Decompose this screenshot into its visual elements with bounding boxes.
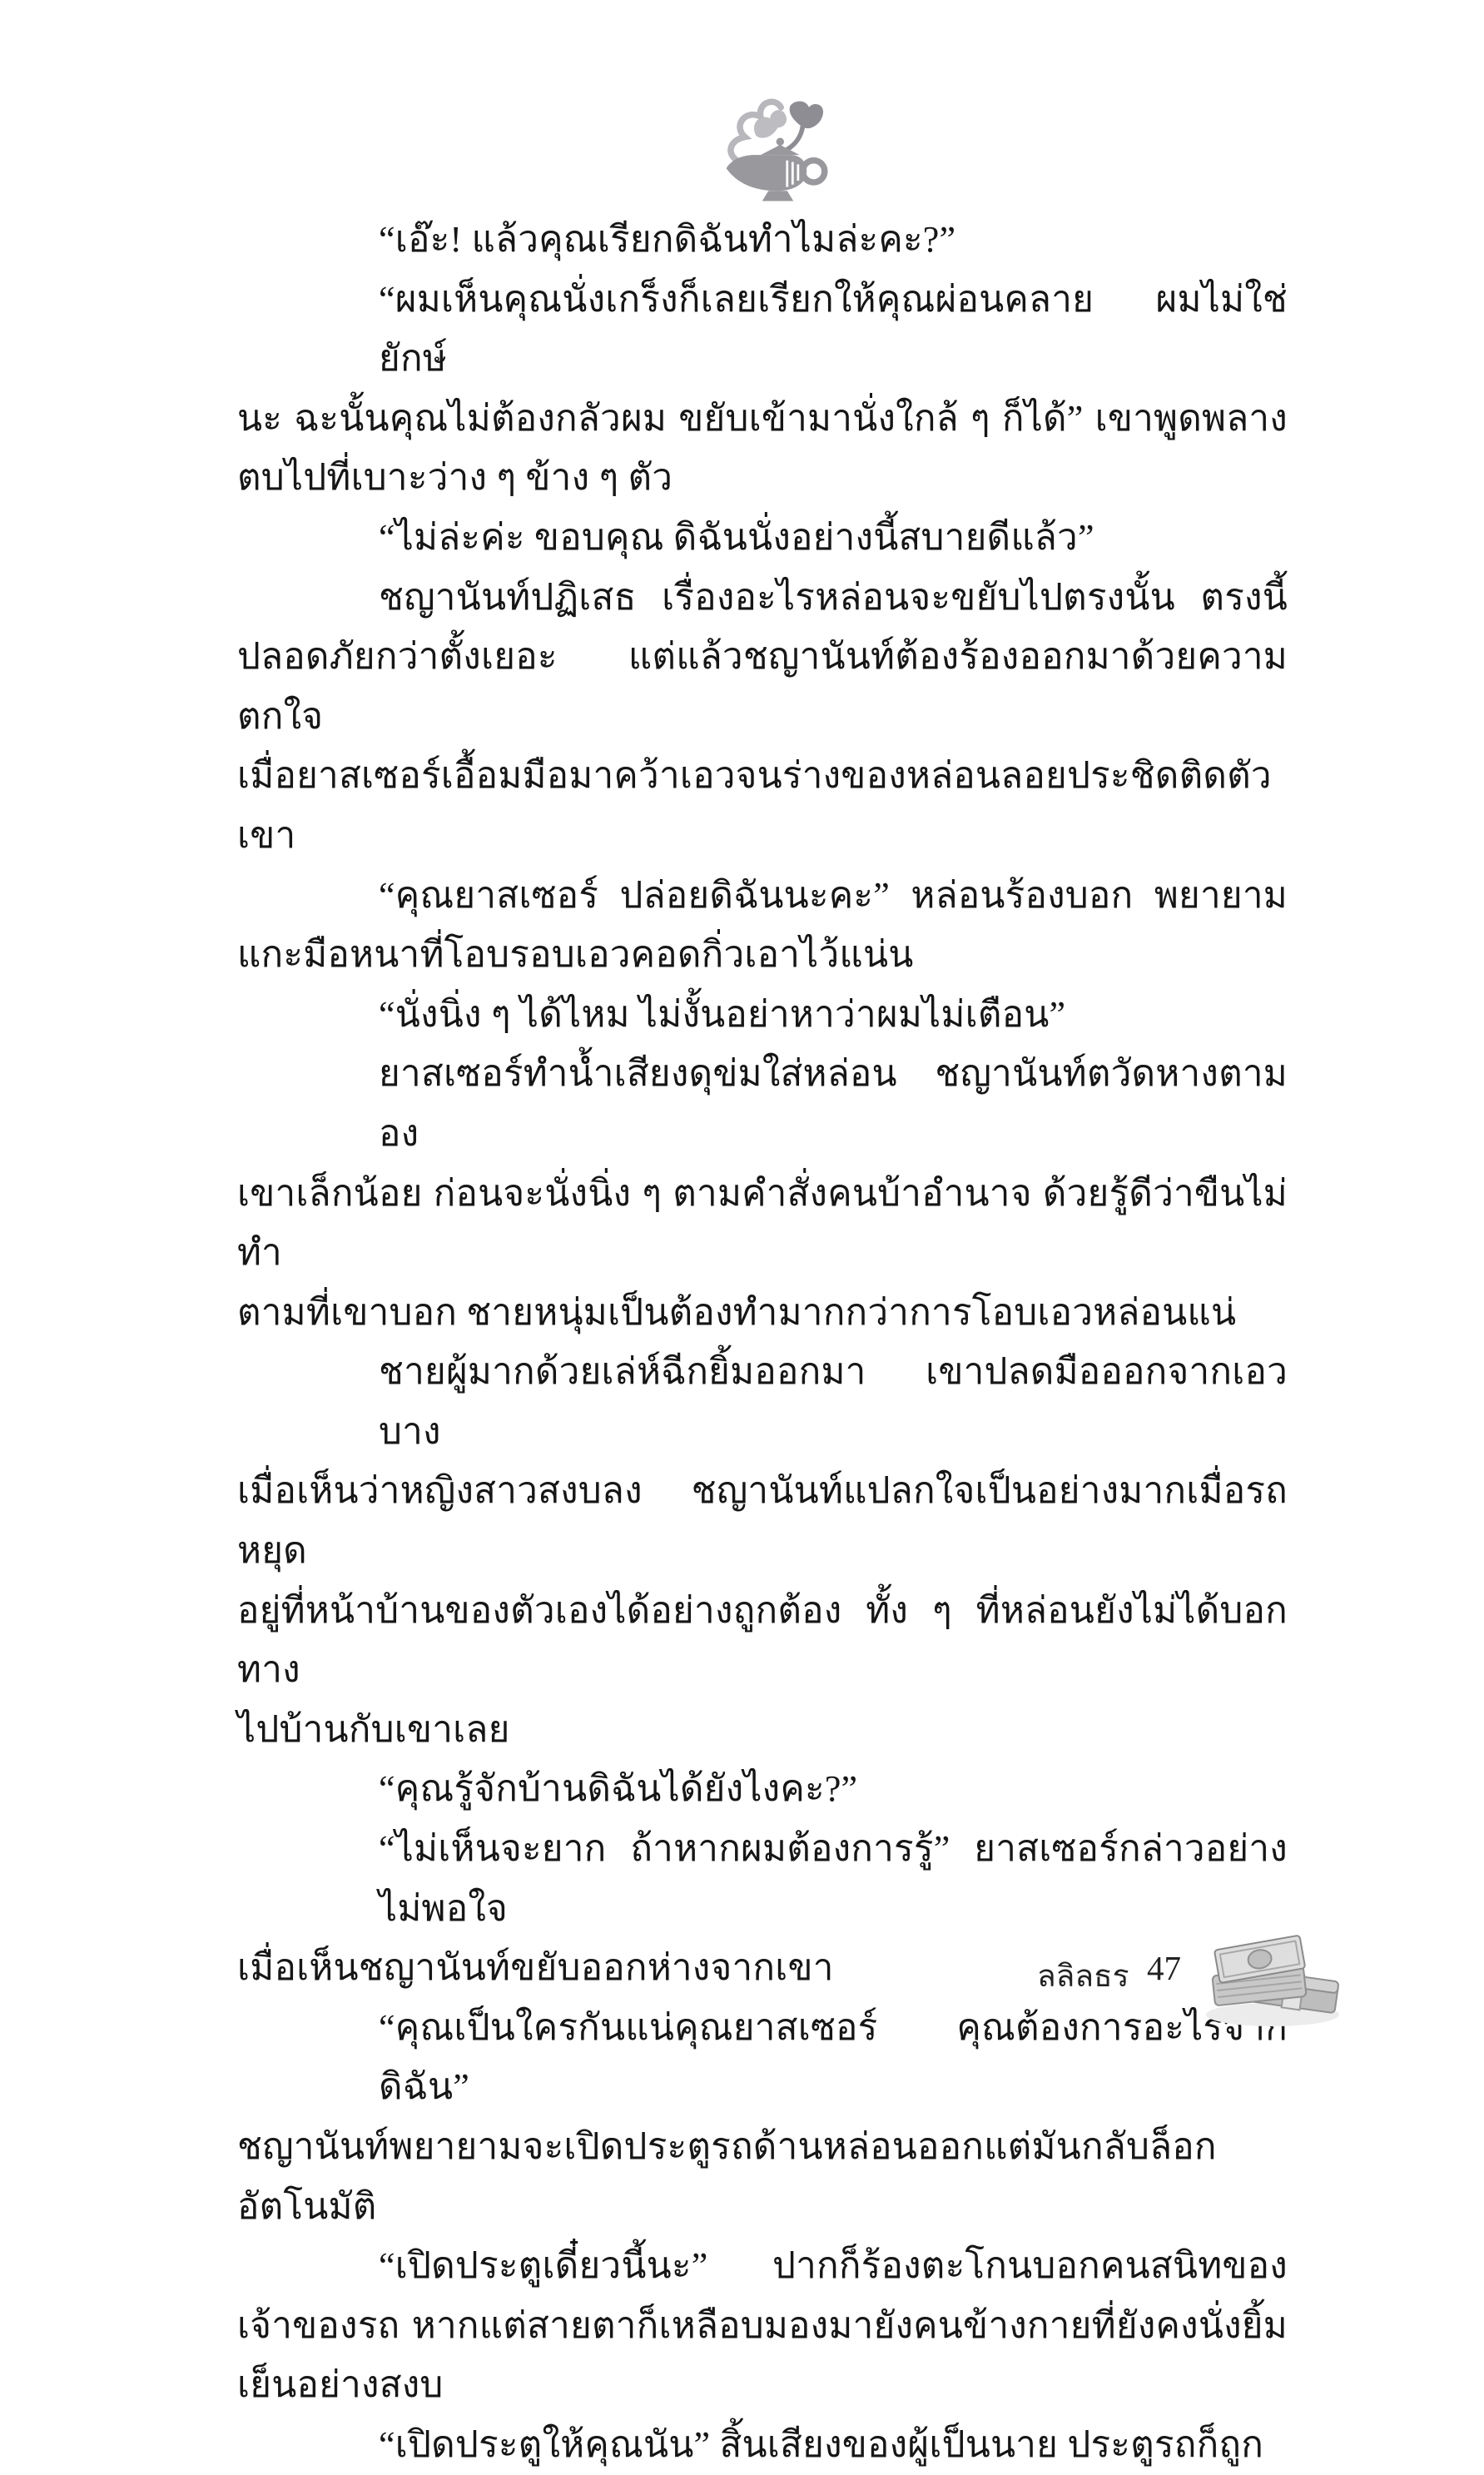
text-line: เมื่อยาสเซอร์เอื้อมมือมาคว้าเอวจนร่างของ… [237,746,1288,865]
text-line: ตบไปที่เบาะว่าง ๆ ข้าง ๆ ตัว [237,448,1288,508]
text-line: “เปิดประตูให้คุณนัน” สิ้นเสียงของผู้เป็น… [237,2415,1288,2475]
text-line: ชายผู้มากด้วยเล่ห์ฉีกยิ้มออกมา เขาปลดมือ… [237,1342,1288,1461]
text-line: ตามที่เขาบอก ชายหนุ่มเป็นต้องทำมากกว่ากา… [237,1283,1288,1343]
text-line: เมื่อเห็นชญานันท์ขยับออกห่างจากเขา [237,1938,1288,1998]
text-line: ชญานันท์พยายามจะเปิดประตูรถด้านหล่อนออกแ… [237,2117,1288,2177]
body-text: “เอ๊ะ! แล้วคุณเรียกดิฉันทำไมล่ะคะ?”“ผมเห… [237,210,1288,2475]
text-line: แกะมือหนาที่โอบรอบเอวคอดกิ่วเอาไว้แน่น [237,925,1288,985]
text-line: “ไม่เห็นจะยาก ถ้าหากผมต้องการรู้” ยาสเซอ… [237,1819,1288,1938]
text-line: “เอ๊ะ! แล้วคุณเรียกดิฉันทำไมล่ะคะ?” [237,210,1288,270]
text-line: ชญานันท์ปฏิเสธ เรื่องอะไรหล่อนจะขยับไปตร… [237,568,1288,628]
text-line: ปลอดภัยกว่าตั้งเยอะ แต่แล้วชญานันท์ต้องร… [237,627,1288,746]
text-line: “ผมเห็นคุณนั่งเกร็งก็เลยเรียกให้คุณผ่อนค… [237,270,1288,389]
text-line: “คุณรู้จักบ้านดิฉันได้ยังไงคะ?” [237,1759,1288,1819]
genie-lamp-ornament [709,90,834,211]
text-line: “คุณเป็นใครกันแน่คุณยาสเซอร์ คุณต้องการอ… [237,1998,1288,2117]
text-line: เจ้าของรถ หากแต่สายตาก็เหลือบมองมายังคนข… [237,2296,1288,2356]
text-line: “คุณยาสเซอร์ ปล่อยดิฉันนะคะ” หล่อนร้องบอ… [237,866,1288,926]
text-line: อัตโนมัติ [237,2177,1288,2237]
text-line: เมื่อเห็นว่าหญิงสาวสงบลง ชญานันท์แปลกใจเ… [237,1461,1288,1580]
text-line: นะ ฉะนั้นคุณไม่ต้องกลัวผม ขยับเข้ามานั่ง… [237,389,1288,449]
text-line: ยาสเซอร์ทำน้ำเสียงดุข่มใส่หล่อน ชญานันท์… [237,1044,1288,1163]
footer-author: ลลิลธร [1037,1951,1129,2000]
text-line: เย็นอย่างสงบ [237,2355,1288,2415]
text-line: ไปบ้านกับเขาเลย [237,1700,1288,1760]
text-line: “ไม่ล่ะค่ะ ขอบคุณ ดิฉันนั่งอย่างนี้สบายด… [237,508,1288,568]
footer-page-number: 47 [1147,1948,1181,1988]
text-line: “นั่งนิ่ง ๆ ได้ไหม ไม่งั้นอย่าหาว่าผมไม่… [237,985,1288,1045]
banknotes-image [1199,1928,1347,2030]
text-line: อยู่ที่หน้าบ้านของตัวเองได้อย่างถูกต้อง … [237,1581,1288,1700]
text-line: “เปิดประตูเดี๋ยวนี้นะ” ปากก็ร้องตะโกนบอก… [237,2236,1288,2296]
text-line: เขาเล็กน้อย ก่อนจะนั่งนิ่ง ๆ ตามคำสั่งคน… [237,1164,1288,1283]
